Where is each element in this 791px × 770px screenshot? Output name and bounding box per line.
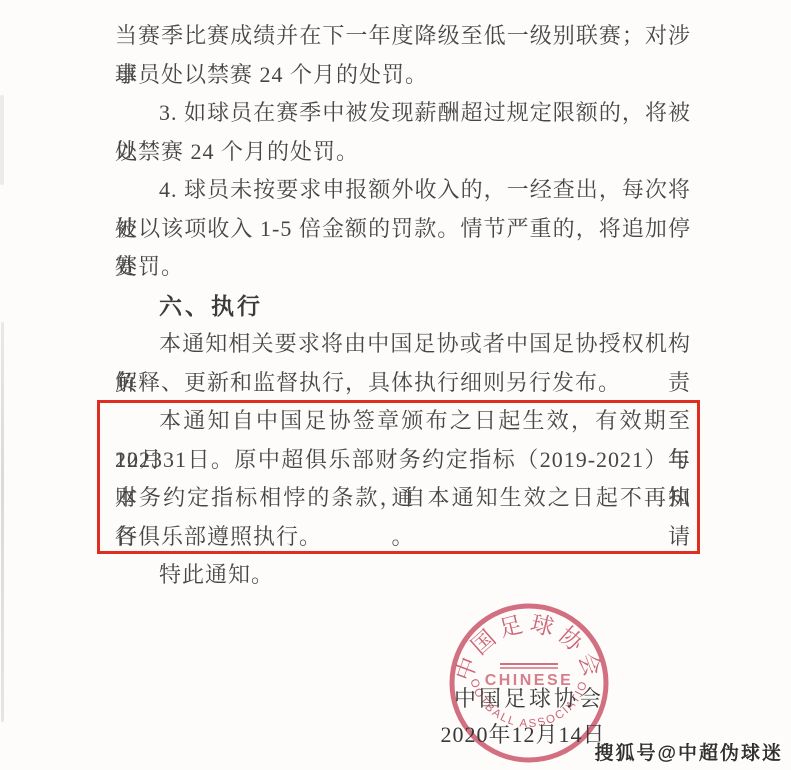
paragraph-line: 以禁赛 24 个月的处罚。 — [115, 133, 691, 172]
paragraph-line: 3. 如球员在赛季中被发现薪酬超过规定限额的，将被处 — [115, 94, 691, 133]
paragraph-line: 当赛季比赛成绩并在下一年度降级至低一级别联赛；对涉事 — [115, 17, 691, 56]
highlighted-line: 财务约定指标相悖的条款，自本通知生效之日起不再执行。请 — [115, 479, 691, 518]
paragraph-line: 本通知相关要求将由中国足协或者中国足协授权机构负责 — [115, 325, 691, 364]
watermark-text: 搜狐号@中超伪球迷 — [594, 738, 783, 765]
document-body: 当赛季比赛成绩并在下一年度降级至低一级别联赛；对涉事 球员处以禁赛 24 个月的… — [115, 17, 691, 595]
scan-edge-artifact — [0, 95, 4, 185]
section-heading: 六、执行 — [115, 287, 691, 326]
highlighted-line: 本通知自中国足协签章颁布之日起生效，有效期至2023年 — [115, 402, 691, 441]
scan-edge-artifact — [1, 322, 4, 722]
paragraph-line: 处以该项收入 1-5 倍金额的罚款。情节严重的，将追加停赛 — [115, 210, 691, 249]
scanned-notice-page: 当赛季比赛成绩并在下一年度降级至低一级别联赛；对涉事 球员处以禁赛 24 个月的… — [0, 0, 791, 770]
paragraph-line: 解释、更新和监督执行，具体执行细则另行发布。 — [115, 364, 691, 403]
closing-line: 特此通知。 — [115, 556, 691, 595]
paragraph-line: 球员处以禁赛 24 个月的处罚。 — [115, 56, 691, 95]
signature-org-name: 中国足球协会 — [427, 682, 631, 713]
paragraph-line: 处罚。 — [115, 248, 691, 287]
highlighted-line: 12月31日。原中超俱乐部财务约定指标（2019-2021）与本通知 — [115, 441, 691, 480]
paragraph-line: 4. 球员未按要求申报额外收入的，一经查出，每次将被 — [115, 171, 691, 210]
